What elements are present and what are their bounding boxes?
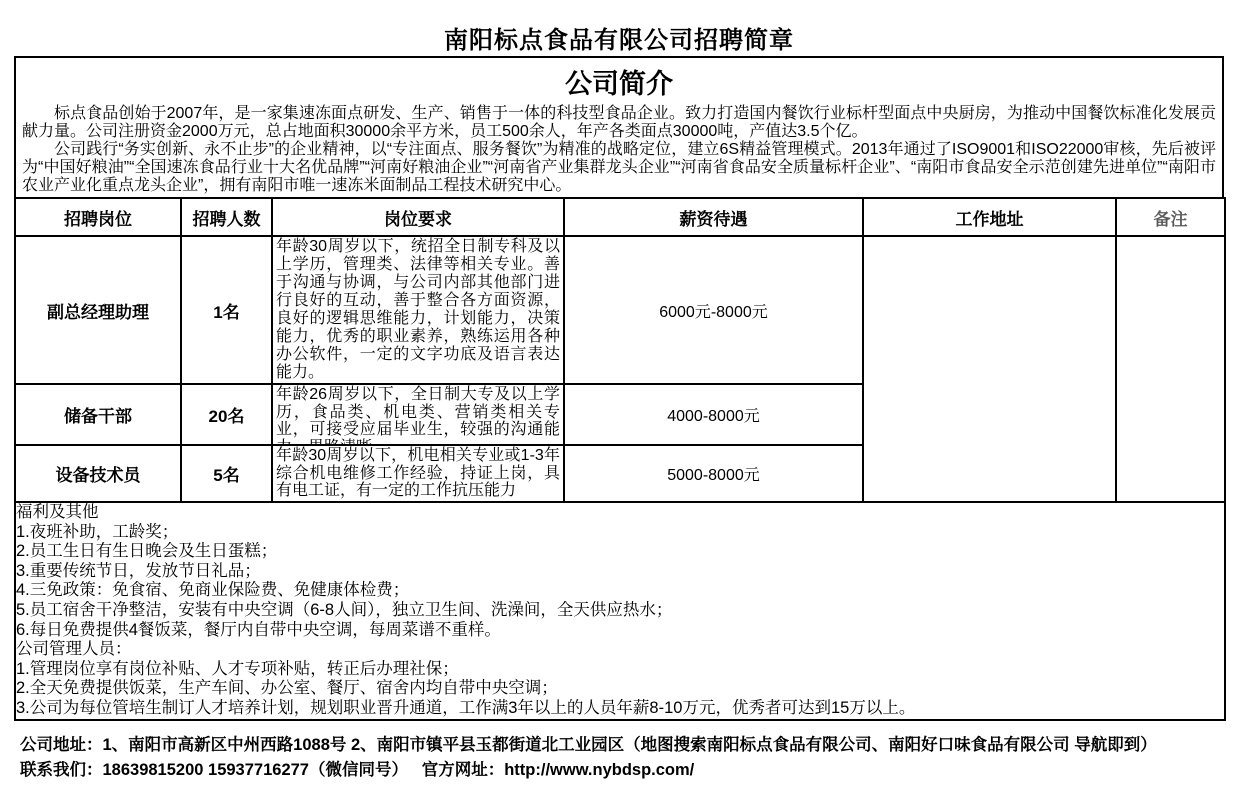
- benefits-line: 5.员工宿舍干净整洁，安装有中央空调（6-8人间），独立卫生间、洗澡间，全天供应…: [16, 601, 1224, 621]
- benefits-line: 2.员工生日有生日晚会及生日蛋糕；: [16, 542, 1224, 562]
- col-header-salary: 薪资待遇: [564, 198, 863, 236]
- document-sheet: 公司简介 标点食品创始于2007年，是一家集速冻面点研发、生产、销售于一体的科技…: [14, 56, 1224, 721]
- col-header-position: 招聘岗位: [15, 198, 181, 236]
- contact-footer: 公司地址：1、南阳市高新区中州西路1088号 2、南阳市镇平县玉都街道北工业园区…: [20, 733, 1224, 783]
- jobs-table: 招聘岗位 招聘人数 岗位要求 薪资待遇 工作地址 备注 副总经理助理 1名 年龄…: [14, 197, 1226, 721]
- benefits-cell: 福利及其他 1.夜班补助，工龄奖； 2.员工生日有生日晚会及生日蛋糕； 3.重要…: [15, 502, 1225, 720]
- col-header-requirements: 岗位要求: [272, 198, 564, 236]
- work-address-cell: [863, 236, 1116, 502]
- page-title: 南阳标点食品有限公司招聘简章: [0, 0, 1238, 56]
- position-name: 副总经理助理: [15, 236, 181, 384]
- benefits-line: 3.重要传统节日，发放节日礼品；: [16, 562, 1224, 582]
- company-address-line: 公司地址：1、南阳市高新区中州西路1088号 2、南阳市镇平县玉都街道北工业园区…: [20, 733, 1224, 758]
- position-headcount: 1名: [181, 236, 272, 384]
- company-intro-section: 公司简介 标点食品创始于2007年，是一家集速冻面点研发、生产、销售于一体的科技…: [14, 56, 1224, 199]
- benefits-line: 2.全天免费提供饭菜，生产车间、办公室、餐厅、宿舍内均自带中央空调；: [16, 679, 1224, 699]
- benefits-line: 3.公司为每位管培生制订人才培养计划，规划职业晋升通道，工作满3年以上的人员年薪…: [16, 699, 1224, 719]
- position-salary: 5000-8000元: [564, 445, 863, 502]
- contact-info-line: 联系我们：18639815200 15937716277（微信同号） 官方网址：…: [20, 758, 1224, 783]
- position-name: 设备技术员: [15, 445, 181, 502]
- benefits-line: 6.每日免费提供4餐饭菜，餐厅内自带中央空调，每周菜谱不重样。: [16, 621, 1224, 641]
- col-header-work-address: 工作地址: [863, 198, 1116, 236]
- position-salary: 4000-8000元: [564, 384, 863, 445]
- company-intro-paragraph-1: 标点食品创始于2007年，是一家集速冻面点研发、生产、销售于一体的科技型食品企业…: [22, 105, 1216, 141]
- company-intro-heading: 公司简介: [22, 62, 1216, 101]
- benefits-line: 公司管理人员：: [16, 640, 1224, 660]
- position-requirements: 年龄30周岁以下，机电相关专业或1-3年综合机电维修工作经验，持证上岗，具有电工…: [272, 445, 564, 502]
- jobs-table-header-row: 招聘岗位 招聘人数 岗位要求 薪资待遇 工作地址 备注: [15, 198, 1225, 236]
- col-header-headcount: 招聘人数: [181, 198, 272, 236]
- benefits-line: 4.三免政策：免食宿、免商业保险费、免健康体检费；: [16, 581, 1224, 601]
- company-intro-paragraph-2: 公司践行“务实创新、永不止步”的企业精神，以“专注面点、服务餐饮”为精准的战略定…: [22, 141, 1216, 195]
- benefits-line: 福利及其他: [16, 503, 1224, 523]
- benefits-line: 1.管理岗位享有岗位补贴、人才专项补贴，转正后办理社保；: [16, 660, 1224, 680]
- remark-cell: [1116, 236, 1225, 502]
- position-headcount: 20名: [181, 384, 272, 445]
- benefits-row: 福利及其他 1.夜班补助，工龄奖； 2.员工生日有生日晚会及生日蛋糕； 3.重要…: [15, 502, 1225, 720]
- position-requirements: 年龄30周岁以下，统招全日制专科及以上学历，管理类、法律等相关专业。善于沟通与协…: [272, 236, 564, 384]
- position-headcount: 5名: [181, 445, 272, 502]
- benefits-line: 1.夜班补助，工龄奖；: [16, 523, 1224, 543]
- position-requirements: 年龄26周岁以下，全日制大专及以上学历，食品类、机电类、营销类相关专业，可接受应…: [272, 384, 564, 445]
- col-header-remark: 备注: [1116, 198, 1225, 236]
- recruitment-notice-document: 南阳标点食品有限公司招聘简章 公司简介 标点食品创始于2007年，是一家集速冻面…: [0, 0, 1238, 783]
- position-salary: 6000元-8000元: [564, 236, 863, 384]
- table-row-deputy-gm-assistant: 副总经理助理 1名 年龄30周岁以下，统招全日制专科及以上学历，管理类、法律等相…: [15, 236, 1225, 384]
- position-name: 储备干部: [15, 384, 181, 445]
